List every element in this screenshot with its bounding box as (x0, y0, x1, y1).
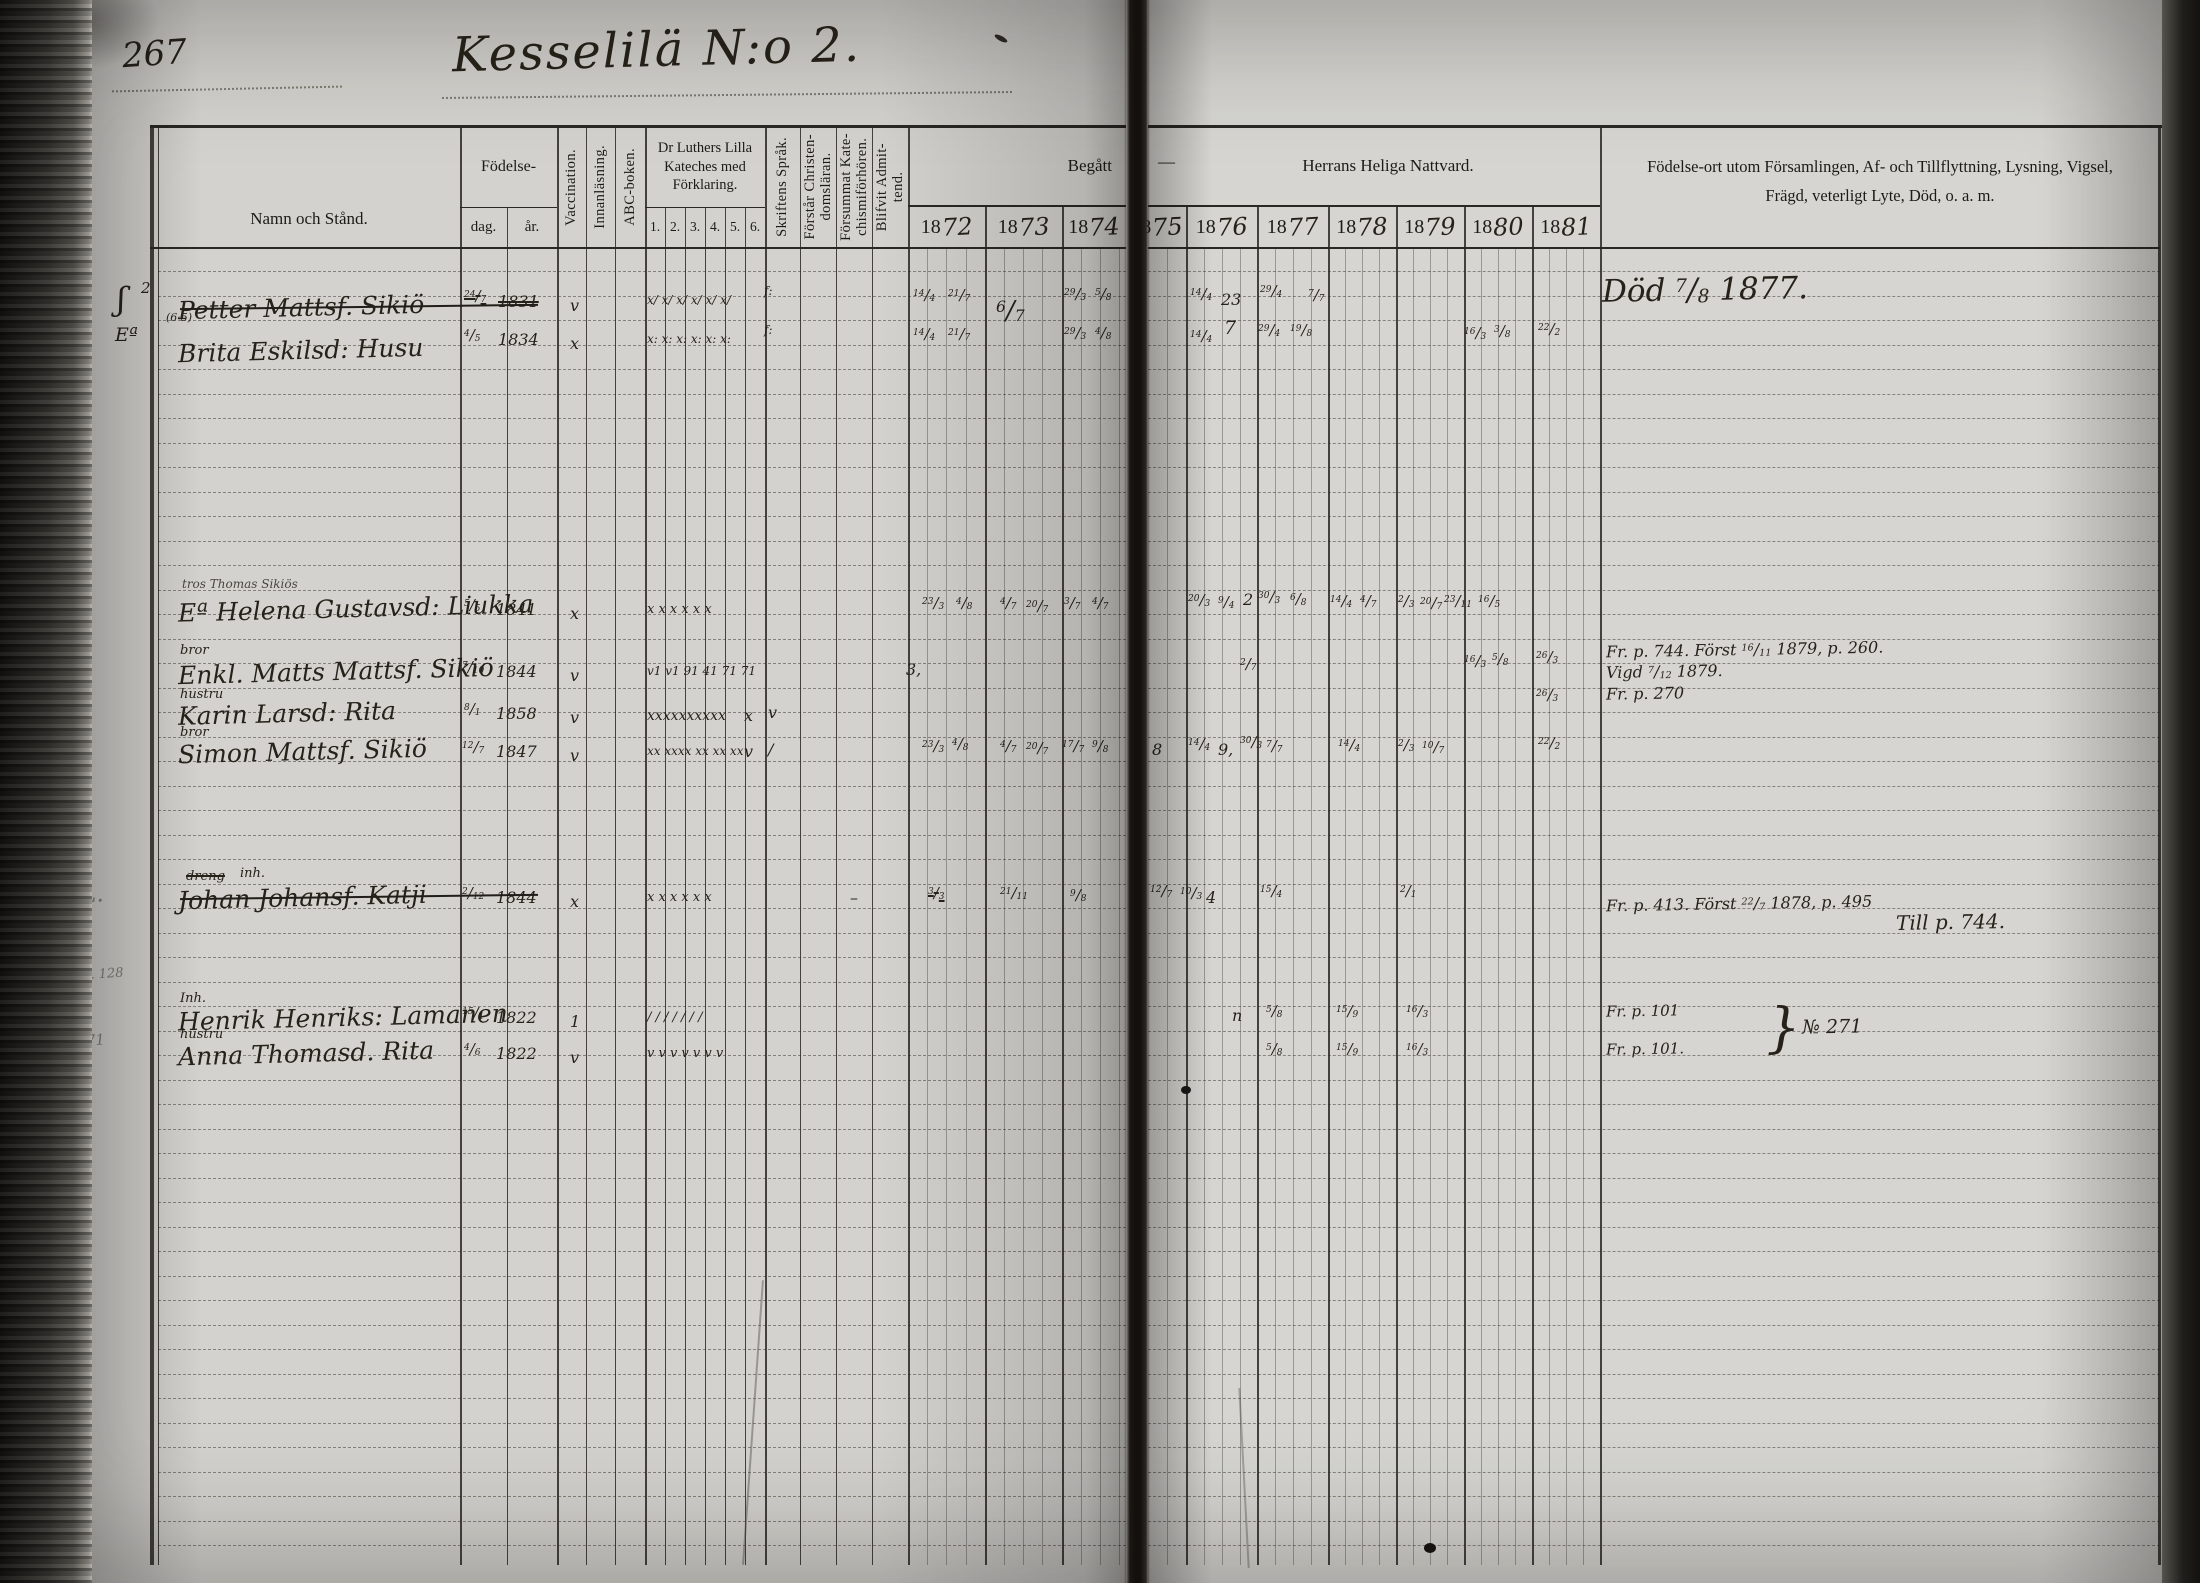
handwritten-mark: dreng (186, 869, 225, 884)
table-row-line (158, 1398, 1126, 1399)
table-vertical-line (1600, 127, 1602, 1565)
handwritten-mark: 4/6 (464, 1040, 481, 1058)
clerical-annotation: Till p. 744. (1896, 909, 2005, 935)
handwritten-mark: v1 v1 91 41 71 71 (647, 664, 756, 678)
table-vertical-line (927, 247, 928, 1565)
abc-boken-label: ABC-boken. (622, 148, 638, 226)
handwritten-mark: v (570, 1048, 579, 1067)
record-note-label: tros Thomas Sikiös (182, 577, 298, 591)
table-row-line (158, 418, 1126, 419)
handwritten-mark: v v v v v v v (647, 1046, 723, 1061)
handwritten-mark: 1858 (496, 704, 537, 723)
table-row-line (1148, 835, 2160, 836)
table-row-line (158, 1153, 1126, 1154)
col-header-forsummat: Försummat Kate- chismiförhören. (836, 127, 872, 247)
dag-label: dag. (471, 219, 496, 236)
record-role-label: bror (180, 643, 209, 658)
handwritten-mark: 9/4 (1218, 593, 1235, 611)
table-row-line (158, 982, 1126, 983)
table-vertical-line (1396, 207, 1398, 1565)
table-row-line (158, 1423, 1126, 1424)
col-header-begatt: Begått (908, 127, 1126, 205)
table-vertical-line (665, 207, 666, 1565)
handwritten-mark: 14/4 (1190, 285, 1212, 303)
handwritten-mark: 3/8 (1494, 322, 1511, 340)
handwritten-mark: 24/7 (464, 287, 486, 305)
table-row-line (158, 1178, 1126, 1179)
table-row-line (1148, 1349, 2160, 1350)
table-row-line (158, 369, 1126, 370)
table-row-line (158, 394, 1126, 395)
table-row-line (158, 1521, 1126, 1522)
handwritten-mark: 19/8 (1290, 321, 1312, 339)
table-row-line (158, 1202, 1126, 1203)
table-row-line (1148, 369, 2160, 370)
skriftens-label: Skriftens Språk. (774, 137, 790, 237)
handwritten-mark: 2/1 (1400, 882, 1417, 900)
blifvit-label: Blifvit Admit- tend. (874, 143, 906, 231)
kateches-subcol-label: 1. (645, 207, 665, 247)
year-written-suffix: 72 (941, 212, 973, 242)
scanned-parish-register-spread: 267 Kesselilä N:o 2. Namn och Stånd. Föd… (0, 0, 2200, 1583)
table-row-line (158, 443, 1126, 444)
table-vertical-line (1222, 247, 1223, 1565)
table-horizontal-line (1148, 247, 2160, 249)
subcol-ar: år. (507, 207, 557, 247)
clerical-annotation: Fr. p. 101 (1606, 1001, 1680, 1020)
header-dash: — (1158, 152, 1175, 172)
clerical-annotation: Vigd 7/12 1879. (1606, 661, 1723, 682)
handwritten-mark: 4/7 (1092, 594, 1109, 612)
record-role-label: hustru (180, 687, 223, 702)
handwritten-mark: 1822 (496, 1008, 537, 1027)
year-printed-prefix: 18 (998, 216, 1018, 239)
table-row-line (1148, 810, 2160, 811)
handwritten-mark: 15/9 (1336, 1002, 1358, 1020)
handwritten-mark: 5/8 (1266, 1040, 1283, 1058)
year-written-suffix: 77 (1287, 212, 1319, 242)
handwritten-mark: 14/4 (1190, 327, 1212, 345)
handwritten-mark: 23/3 (922, 737, 944, 755)
year-written-suffix: 79 (1425, 212, 1457, 242)
handwritten-mark: xx xxxx xx xx xx (647, 744, 743, 758)
table-vertical-line (1119, 247, 1120, 1565)
table-vertical-line (2158, 127, 2161, 1565)
handwritten-mark: 5/5 (464, 596, 481, 614)
handwritten-mark: x (744, 706, 753, 725)
table-row-line (1148, 761, 2160, 762)
right-column-title: Födelse-ort utom Församlingen, Af- och T… (1647, 153, 2113, 211)
handwritten-mark: 9/8 (1092, 737, 1109, 755)
handwritten-mark: 14/4 (1188, 735, 1210, 753)
year-written-suffix: 80 (1493, 212, 1525, 242)
col-header-right-notes: Födelse-ort utom Församlingen, Af- och T… (1600, 127, 2160, 237)
table-vertical-line (800, 127, 801, 1565)
table-vertical-line (150, 125, 154, 1565)
table-row-line (1148, 418, 2160, 419)
handwritten-mark: 10/7 (1422, 738, 1444, 756)
table-vertical-line (1566, 247, 1567, 1565)
handwritten-mark: 30/3 (1258, 588, 1280, 606)
handwritten-mark: 15/1 (462, 1004, 484, 1022)
forstar-label: Förstår Christen- domsläran. (802, 134, 834, 239)
table-row-line (158, 835, 1126, 836)
table-row-line (158, 786, 1126, 787)
table-vertical-line (557, 127, 559, 1565)
handwritten-mark: 3/7 (1064, 594, 1081, 612)
handwritten-mark: 1 (570, 1012, 580, 1031)
year-header-1873: 1873 (985, 207, 1062, 247)
year-printed-prefix: 18 (1540, 216, 1560, 239)
table-vertical-line (1042, 247, 1043, 1565)
year-printed-prefix: 18 (1267, 216, 1287, 239)
handwritten-mark: 10/3 (1180, 884, 1202, 902)
table-vertical-line (1062, 207, 1064, 1565)
book-right-edge (2162, 0, 2200, 1583)
table-row-line (158, 810, 1126, 811)
handwritten-mark: v (570, 296, 579, 315)
table-vertical-line (872, 127, 873, 1565)
handwritten-mark: x (570, 892, 579, 911)
col-header-blifvit: Blifvit Admit- tend. (872, 127, 908, 247)
year-header-1879: 1879 (1396, 207, 1464, 247)
record-name: Karin Larsd: Rita (178, 696, 397, 731)
table-row-line (158, 1104, 1126, 1105)
col-header-innanlasning: Innanläsning. (586, 127, 615, 247)
table-row-line (1148, 1178, 2160, 1179)
table-row-line (158, 541, 1126, 542)
table-row-line (1148, 1202, 2160, 1203)
clerical-annotation: Död 7/8 1877. (1602, 270, 1809, 310)
handwritten-mark: x/ x/ x/ x/ x/ x/ (647, 293, 731, 307)
handwritten-mark: 3/3 (928, 884, 945, 902)
table-row-line (1148, 639, 2160, 640)
table-row-line (1148, 957, 2160, 958)
table-vertical-line (1167, 247, 1168, 1565)
handwritten-mark: 17/7 (1062, 737, 1084, 755)
handwritten-mark: 15/9 (1336, 1040, 1358, 1058)
handwritten-mark: 15/4 (1260, 882, 1282, 900)
kateches-subcol-label: 3. (685, 207, 705, 247)
clerical-annotation: Fr. p. 101. (1606, 1039, 1684, 1058)
record-role-label: Inh. (180, 991, 206, 1006)
table-vertical-line (460, 127, 462, 1565)
handwritten-mark: 14/4 (913, 325, 935, 343)
table-row-line (1148, 786, 2160, 787)
table-vertical-line (745, 207, 746, 1565)
handwritten-mark: x (570, 604, 579, 623)
year-written-suffix: 76 (1216, 212, 1248, 242)
record-role-label: hustru (180, 1027, 223, 1042)
col-header-skriftens: Skriftens Språk. (765, 127, 800, 247)
handwritten-mark: v (570, 666, 579, 685)
handwritten-mark: 4/8 (952, 735, 969, 753)
handwritten-mark: 16/3 (1406, 1040, 1428, 1058)
ar-label: år. (525, 219, 540, 236)
table-vertical-line (1549, 247, 1550, 1565)
handwritten-mark: 9, (1218, 740, 1233, 759)
table-row-line (1148, 1276, 2160, 1277)
col-header-namn-och-stand: Namn och Stånd. (158, 127, 460, 247)
handwritten-mark: 29/4 (1260, 282, 1282, 300)
table-row-line (1148, 271, 2160, 272)
table-row-line (1148, 541, 2160, 542)
table-row-line (158, 859, 1126, 860)
table-row-line (1148, 516, 2160, 517)
col-header-kateches: Dr Luthers Lilla Kateches med Förklaring… (645, 127, 765, 207)
table-row-line (1148, 1031, 2160, 1032)
table-vertical-line (1583, 247, 1584, 1565)
table-vertical-line (1023, 247, 1024, 1565)
table-row-line (158, 1496, 1126, 1497)
year-printed-prefix: 18 (1472, 216, 1492, 239)
table-row-line (158, 1374, 1126, 1375)
table-vertical-line (1311, 247, 1312, 1565)
handwritten-mark: 26/3 (1536, 648, 1558, 666)
table-row-line (1148, 1153, 2160, 1154)
handwritten-mark: 7/10 (462, 658, 484, 676)
table-row-line (1148, 394, 2160, 395)
handwritten-mark: 6/8 (1290, 590, 1307, 608)
table-vertical-line (1515, 247, 1516, 1565)
table-vertical-line (1004, 247, 1005, 1565)
handwritten-mark: 5/8 (1095, 285, 1112, 303)
table-row-line (1148, 1080, 2160, 1081)
table-vertical-line (836, 127, 837, 1565)
table-vertical-line (1240, 247, 1241, 1565)
table-row-line (1148, 1300, 2160, 1301)
handwritten-mark: 16/5 (1478, 592, 1500, 610)
table-row-line (158, 933, 1126, 934)
year-printed-prefix: 18 (1196, 216, 1216, 239)
handwritten-mark: 29/3 (1064, 324, 1086, 342)
table-vertical-line (1430, 247, 1431, 1565)
year-header-1876: 1876 (1186, 207, 1257, 247)
handwritten-mark: 22/2 (1538, 320, 1560, 338)
handwritten-mark: v (570, 746, 579, 765)
handwritten-mark: v (744, 742, 753, 761)
table-row-line (158, 467, 1126, 468)
handwritten-mark: 1844 (496, 662, 537, 681)
handwritten-mark: 1831 (498, 292, 539, 311)
namn-och-stand-label: Namn och Stånd. (250, 209, 368, 229)
handwritten-mark: 1841 (496, 600, 537, 619)
table-row-line (1148, 1447, 2160, 1448)
table-row-line (158, 1227, 1126, 1228)
handwritten-mark: x: x: x: x: x: x: (647, 332, 731, 346)
col-header-fodelse: Födelse- (460, 127, 557, 207)
table-vertical-line (1464, 207, 1466, 1565)
year-printed-prefix: 18 (1336, 216, 1356, 239)
handwritten-mark: 8 (1152, 740, 1162, 759)
handwritten-mark: 20/7 (1026, 739, 1048, 757)
handwritten-mark: 2 (1243, 590, 1253, 609)
handwritten-mark: 21/7 (948, 325, 970, 343)
handwritten-mark: v (570, 708, 579, 727)
table-vertical-line (1100, 247, 1101, 1565)
book-left-edge (0, 0, 92, 1583)
table-row-line (1148, 712, 2160, 713)
table-vertical-line (1293, 247, 1294, 1565)
table-vertical-line (1081, 247, 1082, 1565)
table-vertical-line (1275, 247, 1276, 1565)
handwritten-mark: Eª (115, 324, 138, 346)
handwritten-mark: 4/7 (1000, 594, 1017, 612)
handwritten-mark: 7/7 (1308, 286, 1325, 304)
table-vertical-line (1447, 247, 1448, 1565)
handwritten-mark: 29/3 (1064, 285, 1086, 303)
handwritten-mark: 8/1 (464, 700, 481, 718)
year-printed-prefix: 18 (921, 216, 941, 239)
table-row-line (158, 1300, 1126, 1301)
table-row-line (1148, 1129, 2160, 1130)
handwritten-mark: x (570, 334, 579, 353)
record-role-label: bror (180, 725, 209, 740)
table-row-line (158, 1129, 1126, 1130)
table-row-line (1148, 1472, 2160, 1473)
col-header-forstar: Förstår Christen- domsläran. (800, 127, 836, 247)
page-title: Kesselilä N:o 2. (451, 17, 861, 84)
table-vertical-line (586, 127, 587, 1565)
clerical-annotation: } (1765, 996, 1800, 1060)
table-row-line (158, 492, 1126, 493)
handwritten-mark: 7 (1224, 317, 1236, 339)
handwritten-mark: 4/7 (1360, 592, 1377, 610)
ink-dot (1181, 1086, 1191, 1094)
year-written-suffix: 73 (1018, 212, 1050, 242)
table-vertical-line (1204, 247, 1205, 1565)
table-row-line (1148, 565, 2160, 566)
year-header-1874: 1874 (1062, 207, 1126, 247)
col-header-abc-boken: ABC-boken. (615, 127, 645, 247)
table-row-line (1148, 737, 2160, 738)
handwritten-mark: 26/3 (1536, 686, 1558, 704)
table-vertical-line (1257, 207, 1259, 1565)
handwritten-mark: x x x x x x (647, 890, 712, 905)
table-row-line (158, 590, 1126, 591)
handwritten-mark: 4/8 (1095, 324, 1112, 342)
year-header-1878: 1878 (1328, 207, 1396, 247)
handwritten-mark: – (850, 888, 858, 907)
table-row-line (1148, 1398, 2160, 1399)
handwritten-mark: f: (764, 323, 772, 337)
handwritten-mark: (6·5) (166, 311, 192, 324)
handwritten-mark: 20/7 (1026, 597, 1048, 615)
table-row-line (158, 1276, 1126, 1277)
year-header-1880: 1880 (1464, 207, 1532, 247)
table-row-line (1148, 1374, 2160, 1375)
table-row-line (158, 1472, 1126, 1473)
table-row-line (1148, 1521, 2160, 1522)
handwritten-mark: 3, (906, 660, 921, 679)
handwritten-mark: 5/8 (1492, 650, 1509, 668)
forsummat-label: Försummat Kate- chismiförhören. (838, 133, 870, 241)
handwritten-mark: f: (764, 284, 772, 298)
table-row-line (1148, 345, 2160, 346)
table-row-line (1148, 1104, 2160, 1105)
handwritten-mark: 2/3 (1398, 592, 1415, 610)
table-row-line (1148, 1325, 2160, 1326)
handwritten-mark: / (768, 740, 773, 759)
table-vertical-line (685, 207, 686, 1565)
handwritten-mark: 4/8 (956, 594, 973, 612)
year-printed-prefix: 18 (1068, 216, 1088, 239)
table-row-line (1148, 1423, 2160, 1424)
table-vertical-line (908, 127, 910, 1565)
table-row-line (158, 1251, 1126, 1252)
handwritten-mark: 4 (1206, 888, 1216, 907)
table-vertical-line (1362, 247, 1363, 1565)
kateches-subcol-label: 4. (705, 207, 725, 247)
table-row-line (158, 565, 1126, 566)
table-row-line (158, 1545, 1126, 1546)
handwritten-mark: 23/11 (1444, 592, 1472, 610)
ink-dot (1424, 1543, 1436, 1553)
handwritten-mark: 12/7 (462, 738, 484, 756)
year-header-1877: 1877 (1257, 207, 1328, 247)
table-vertical-line (966, 247, 967, 1565)
year-written-suffix: 81 (1561, 212, 1593, 242)
handwritten-mark: n (1232, 1006, 1242, 1025)
table-row-line (1148, 982, 2160, 983)
table-row-line (158, 1080, 1126, 1081)
table-row-line (1148, 1251, 2160, 1252)
year-written-suffix: 75 (1152, 212, 1184, 242)
year-written-suffix: 74 (1089, 212, 1121, 242)
handwritten-mark: inh. (240, 866, 265, 881)
handwritten-mark: 2/3 (1398, 736, 1415, 754)
handwritten-mark: 6/7 (996, 296, 1025, 326)
table-row-line (1148, 614, 2160, 615)
table-vertical-line (946, 247, 947, 1565)
table-vertical-line (1413, 247, 1414, 1565)
table-vertical-line (765, 127, 767, 1565)
table-vertical-line (1345, 247, 1346, 1565)
handwritten-mark: 23 (1221, 290, 1241, 309)
table-row-line (1148, 884, 2160, 885)
table-vertical-line (725, 207, 726, 1565)
handwritten-mark: 1847 (496, 742, 537, 761)
table-row-line (1148, 443, 2160, 444)
handwritten-mark: 20/7 (1420, 594, 1442, 612)
book-spine (1124, 0, 1150, 1583)
table-row-line (158, 271, 1126, 272)
handwritten-mark: 2/7 (1240, 655, 1257, 673)
handwritten-mark: 14/4 (1330, 592, 1352, 610)
kateches-subcol-label: 5. (725, 207, 745, 247)
kateches-subcol-label: 6. (745, 207, 765, 247)
fodelse-label: Födelse- (481, 158, 536, 176)
table-row-line (1148, 1545, 2160, 1546)
handwritten-mark: 2 (141, 279, 151, 297)
handwritten-mark: 5/8 (1266, 1002, 1283, 1020)
table-row-line (1148, 1227, 2160, 1228)
handwritten-mark: 1822 (496, 1044, 537, 1063)
handwritten-mark: 16/3 (1406, 1002, 1428, 1020)
table-row-line (158, 957, 1126, 958)
handwritten-mark: 2/12 (462, 884, 484, 902)
herrans-label: Herrans Heliga Nattvard. (1302, 156, 1473, 176)
year-printed-prefix: 18 (1404, 216, 1424, 239)
table-row-line (158, 639, 1126, 640)
table-vertical-line (1532, 207, 1534, 1565)
handwritten-mark: 23/3 (922, 594, 944, 612)
table-row-line (158, 1325, 1126, 1326)
table-vertical-line (1328, 207, 1330, 1565)
table-row-line (158, 1349, 1126, 1350)
handwritten-mark: 12/7 (1150, 882, 1172, 900)
vaccination-label: Vaccination. (563, 149, 579, 226)
